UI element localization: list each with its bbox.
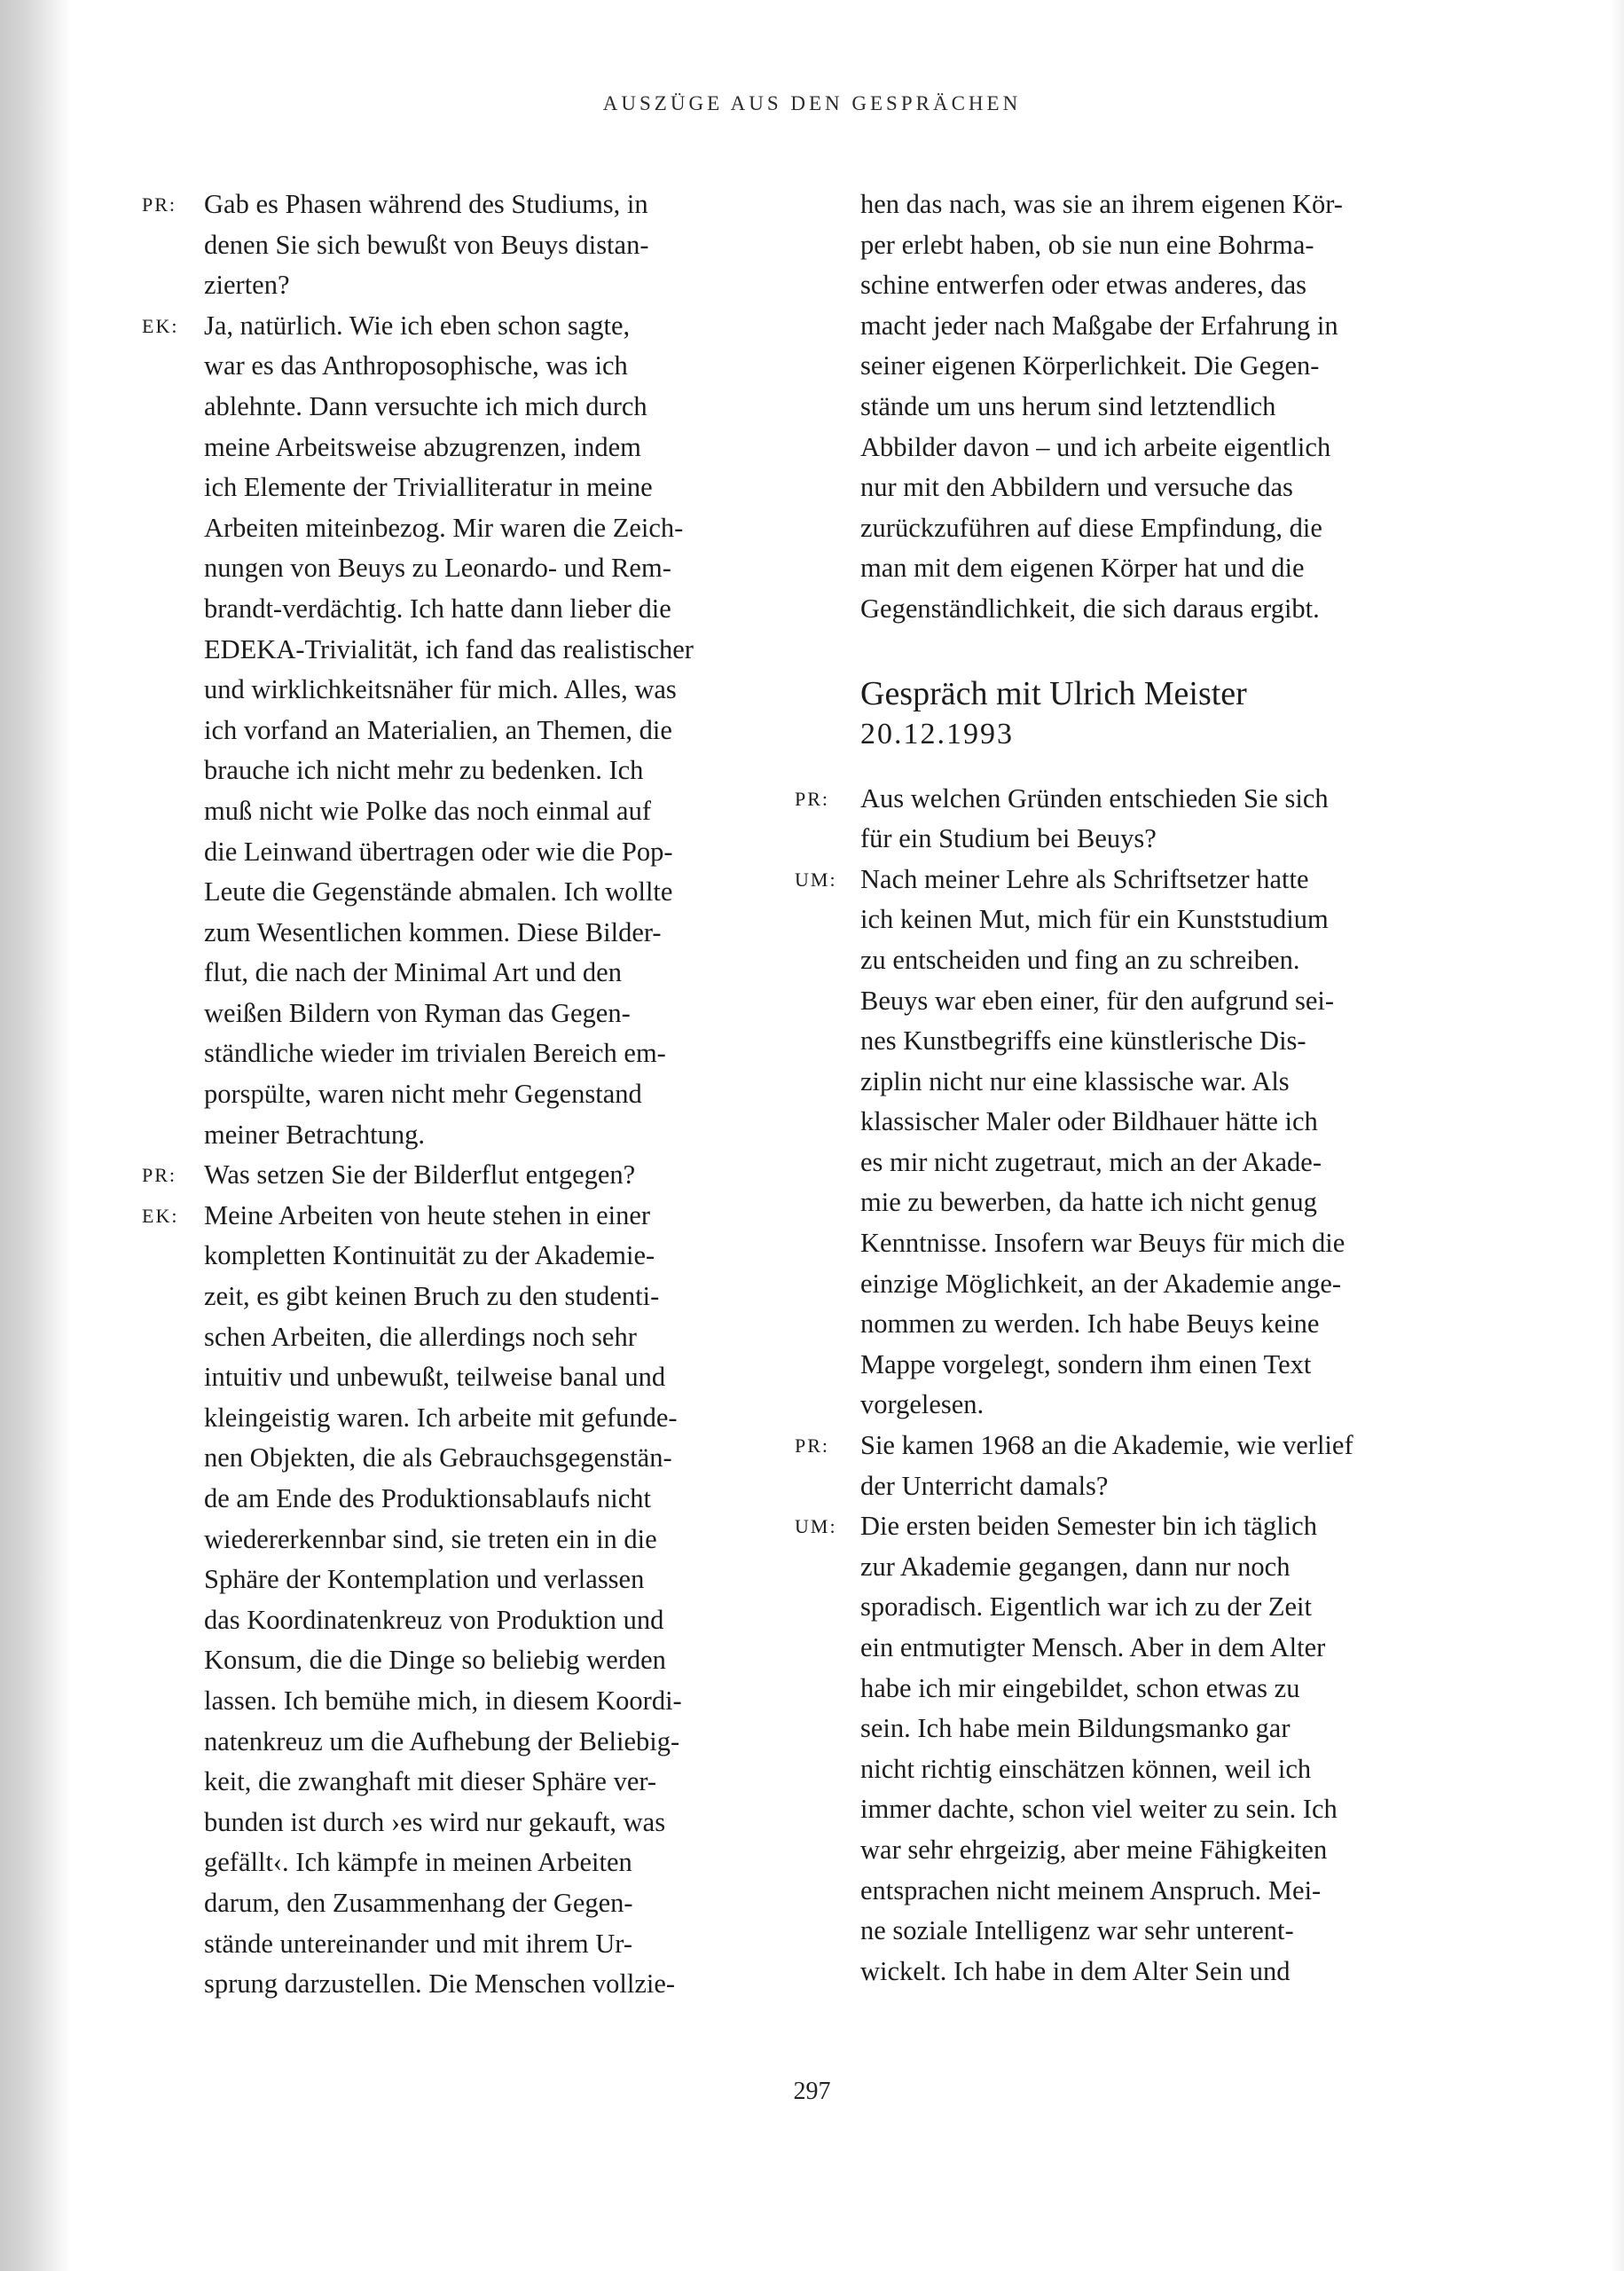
speaker-label: PR: (795, 779, 860, 860)
text-line: Ja, natürlich. Wie ich eben schon sagte, (204, 306, 763, 347)
book-gutter-shadow (0, 0, 71, 2271)
text-line: entsprachen nicht meinem Anspruch. Mei- (860, 1871, 1433, 1912)
text-line: meiner Betrachtung. (204, 1115, 763, 1156)
text-line: vorgelesen. (860, 1385, 1433, 1426)
text-line: zu entscheiden und fing an zu schreiben. (860, 940, 1433, 981)
text-line: bunden ist durch ›es wird nur gekauft, w… (204, 1803, 763, 1843)
speaker-label: PR: (142, 185, 204, 306)
page-number: 297 (0, 2078, 1624, 2106)
text-line: nur mit den Abbildern und versuche das (860, 468, 1433, 508)
text-line: EDEKA-Trivialität, ich fand das realisti… (204, 630, 763, 671)
turn-text: Die ersten beiden Semester bin ich tägli… (860, 1506, 1433, 1992)
text-line: das Koordinatenkreuz von Produktion und (204, 1600, 763, 1641)
dialogue-turn: EK: Meine Arbeiten von heute stehen in e… (142, 1196, 763, 2005)
text-line: nungen von Beuys zu Leonardo- und Rem- (204, 548, 763, 589)
text-line: per erlebt haben, ob sie nun eine Bohrma… (860, 225, 1433, 266)
text-line: Abbilder davon – und ich arbeite eigentl… (860, 428, 1433, 468)
text-line: es mir nicht zugetraut, mich an der Akad… (860, 1143, 1433, 1183)
dialogue-turn: EK: Ja, natürlich. Wie ich eben schon sa… (142, 306, 763, 1155)
section-date: 20.12.1993 (795, 715, 1433, 754)
text-line: war sehr ehrgeizig, aber meine Fähigkeit… (860, 1830, 1433, 1871)
dialogue-turn: UM: Nach meiner Lehre als Schriftsetzer … (795, 860, 1433, 1426)
dialogue-turn: PR: Sie kamen 1968 an die Akademie, wie … (795, 1426, 1433, 1506)
speaker-label: UM: (795, 860, 860, 1426)
speaker-label: PR: (795, 1426, 860, 1506)
text-line: habe ich mir eingebildet, schon etwas zu (860, 1669, 1433, 1709)
turn-text: Ja, natürlich. Wie ich eben schon sagte,… (204, 306, 763, 1155)
text-line: sein. Ich habe mein Bildungsmanko gar (860, 1709, 1433, 1749)
text-line: nommen zu werden. Ich habe Beuys keine (860, 1304, 1433, 1345)
text-line: Mappe vorgelegt, sondern ihm einen Text (860, 1345, 1433, 1386)
speaker-label: PR: (142, 1155, 204, 1196)
text-line: gefällt‹. Ich kämpfe in meinen Arbeiten (204, 1843, 763, 1883)
text-line: Nach meiner Lehre als Schriftsetzer hatt… (860, 860, 1433, 900)
turn-text: Was setzen Sie der Bilderflut entgegen? (204, 1155, 763, 1196)
turn-text: Gab es Phasen während des Studiums, in d… (204, 185, 763, 306)
text-line: ich vorfand an Materialien, an Themen, d… (204, 711, 763, 751)
text-line: meine Arbeitsweise abzugrenzen, indem (204, 428, 763, 468)
text-line: für ein Studium bei Beuys? (860, 819, 1433, 860)
turn-text: Nach meiner Lehre als Schriftsetzer hatt… (860, 860, 1433, 1426)
text-line: zur Akademie gegangen, dann nur noch (860, 1547, 1433, 1588)
text-line: Gab es Phasen während des Studiums, in (204, 185, 763, 225)
text-line: zum Wesentlichen kommen. Diese Bilder- (204, 913, 763, 954)
text-line: ein entmutigter Mensch. Aber in dem Alte… (860, 1628, 1433, 1669)
text-line: nicht richtig einschätzen können, weil i… (860, 1749, 1433, 1790)
text-line: ne soziale Intelligenz war sehr unterent… (860, 1911, 1433, 1952)
text-line: stände um uns herum sind letztendlich (860, 387, 1433, 428)
text-line: Aus welchen Gründen entschieden Sie sich (860, 779, 1433, 820)
text-line: flut, die nach der Minimal Art und den (204, 953, 763, 994)
text-line: nes Kunstbegriffs eine künstlerische Dis… (860, 1021, 1433, 1062)
text-line: macht jeder nach Maßgabe der Erfahrung i… (860, 306, 1433, 347)
speaker-label: EK: (142, 306, 204, 1155)
dialogue-turn: PR: Aus welchen Gründen entschieden Sie … (795, 779, 1433, 860)
text-line: weißen Bildern von Ryman das Gegen- (204, 994, 763, 1034)
text-line: ständliche wieder im trivialen Bereich e… (204, 1033, 763, 1074)
text-line: denen Sie sich bewußt von Beuys distan- (204, 225, 763, 266)
text-line: zierten? (204, 265, 763, 306)
text-line: darum, den Zusammenhang der Gegen- (204, 1883, 763, 1924)
text-line: Sphäre der Kontemplation und verlassen (204, 1560, 763, 1600)
text-line: Was setzen Sie der Bilderflut entgegen? (204, 1155, 763, 1196)
text-line: wiedererkennbar sind, sie treten ein in … (204, 1520, 763, 1560)
text-line: wickelt. Ich habe in dem Alter Sein und (860, 1952, 1433, 1992)
text-line: de am Ende des Produktionsablaufs nicht (204, 1479, 763, 1520)
text-line: ziplin nicht nur eine klassische war. Al… (860, 1062, 1433, 1103)
text-line: brandt-verdächtig. Ich hatte dann lieber… (204, 589, 763, 630)
dialogue-turn: UM: Die ersten beiden Semester bin ich t… (795, 1506, 1433, 1992)
text-line: Gegenständlichkeit, die sich daraus ergi… (860, 589, 1433, 630)
text-line: kompletten Kontinuität zu der Akademie- (204, 1236, 763, 1277)
text-line: Beuys war eben einer, für den aufgrund s… (860, 981, 1433, 1022)
text-line: immer dachte, schon viel weiter zu sein.… (860, 1789, 1433, 1830)
speaker-label: EK: (142, 1196, 204, 2005)
dialogue-turn: PR: Gab es Phasen während des Studiums, … (142, 185, 763, 306)
text-line: kleingeistig waren. Ich arbeite mit gefu… (204, 1398, 763, 1439)
turn-text: Sie kamen 1968 an die Akademie, wie verl… (860, 1426, 1433, 1506)
text-line: sporadisch. Eigentlich war ich zu der Ze… (860, 1587, 1433, 1628)
text-line: Leute die Gegenstände abmalen. Ich wollt… (204, 872, 763, 913)
text-line: Die ersten beiden Semester bin ich tägli… (860, 1506, 1433, 1547)
text-line: einzige Möglichkeit, an der Akademie ang… (860, 1264, 1433, 1305)
text-line: ich Elemente der Trivialliteratur in mei… (204, 468, 763, 508)
speaker-label: UM: (795, 1506, 860, 1992)
text-line: seiner eigenen Körperlichkeit. Die Gegen… (860, 346, 1433, 387)
left-column: PR: Gab es Phasen während des Studiums, … (142, 185, 763, 2005)
text-line: der Unterricht damals? (860, 1466, 1433, 1507)
text-line: lassen. Ich bemühe mich, in diesem Koord… (204, 1681, 763, 1722)
continued-paragraph: hen das nach, was sie an ihrem eigenen K… (795, 185, 1433, 630)
text-line: Kenntnisse. Insofern war Beuys für mich … (860, 1223, 1433, 1264)
text-line: Konsum, die die Dinge so beliebig werden (204, 1640, 763, 1681)
text-line: Meine Arbeiten von heute stehen in einer (204, 1196, 763, 1237)
text-line: muß nicht wie Polke das noch einmal auf (204, 791, 763, 832)
dialogue-turn: PR: Was setzen Sie der Bilderflut entgeg… (142, 1155, 763, 1196)
text-line: und wirklichkeitsnäher für mich. Alles, … (204, 670, 763, 711)
text-line: porspülte, waren nicht mehr Gegenstand (204, 1074, 763, 1115)
text-line: Sie kamen 1968 an die Akademie, wie verl… (860, 1426, 1433, 1466)
page-edge (1612, 0, 1624, 2271)
text-line: intuitiv und unbewußt, teilweise banal u… (204, 1357, 763, 1398)
text-line: ich keinen Mut, mich für ein Kunststudiu… (860, 900, 1433, 940)
text-line: brauche ich nicht mehr zu bedenken. Ich (204, 750, 763, 791)
text-line: war es das Anthroposophische, was ich (204, 346, 763, 387)
text-line: schine entwerfen oder etwas anderes, das (860, 265, 1433, 306)
text-line: man mit dem eigenen Körper hat und die (860, 548, 1433, 589)
text-line: Arbeiten miteinbezog. Mir waren die Zeic… (204, 508, 763, 549)
right-column: hen das nach, was sie an ihrem eigenen K… (795, 185, 1433, 1992)
running-head: Auszüge aus den Gesprächen (0, 92, 1624, 115)
text-line: schen Arbeiten, die allerdings noch sehr (204, 1317, 763, 1358)
text-line: klassischer Maler oder Bildhauer hätte i… (860, 1102, 1433, 1143)
text-line: zurückzuführen auf diese Empfindung, die (860, 508, 1433, 549)
turn-text: Aus welchen Gründen entschieden Sie sich… (860, 779, 1433, 860)
text-line: natenkreuz um die Aufhebung der Beliebig… (204, 1722, 763, 1763)
text-line: hen das nach, was sie an ihrem eigenen K… (860, 185, 1433, 225)
turn-text: Meine Arbeiten von heute stehen in einer… (204, 1196, 763, 2005)
text-line: stände untereinander und mit ihrem Ur- (204, 1924, 763, 1965)
text-line: zeit, es gibt keinen Bruch zu den studen… (204, 1277, 763, 1317)
text-line: keit, die zwanghaft mit dieser Sphäre ve… (204, 1762, 763, 1803)
text-line: die Leinwand übertragen oder wie die Pop… (204, 832, 763, 873)
text-line: mie zu bewerben, da hatte ich nicht genu… (860, 1183, 1433, 1223)
section-heading: Gespräch mit Ulrich Meister (795, 672, 1433, 715)
text-line: ablehnte. Dann versuchte ich mich durch (204, 387, 763, 428)
text-line: nen Objekten, die als Gebrauchsgegenstän… (204, 1438, 763, 1479)
text-line: sprung darzustellen. Die Menschen vollzi… (204, 1964, 763, 2005)
